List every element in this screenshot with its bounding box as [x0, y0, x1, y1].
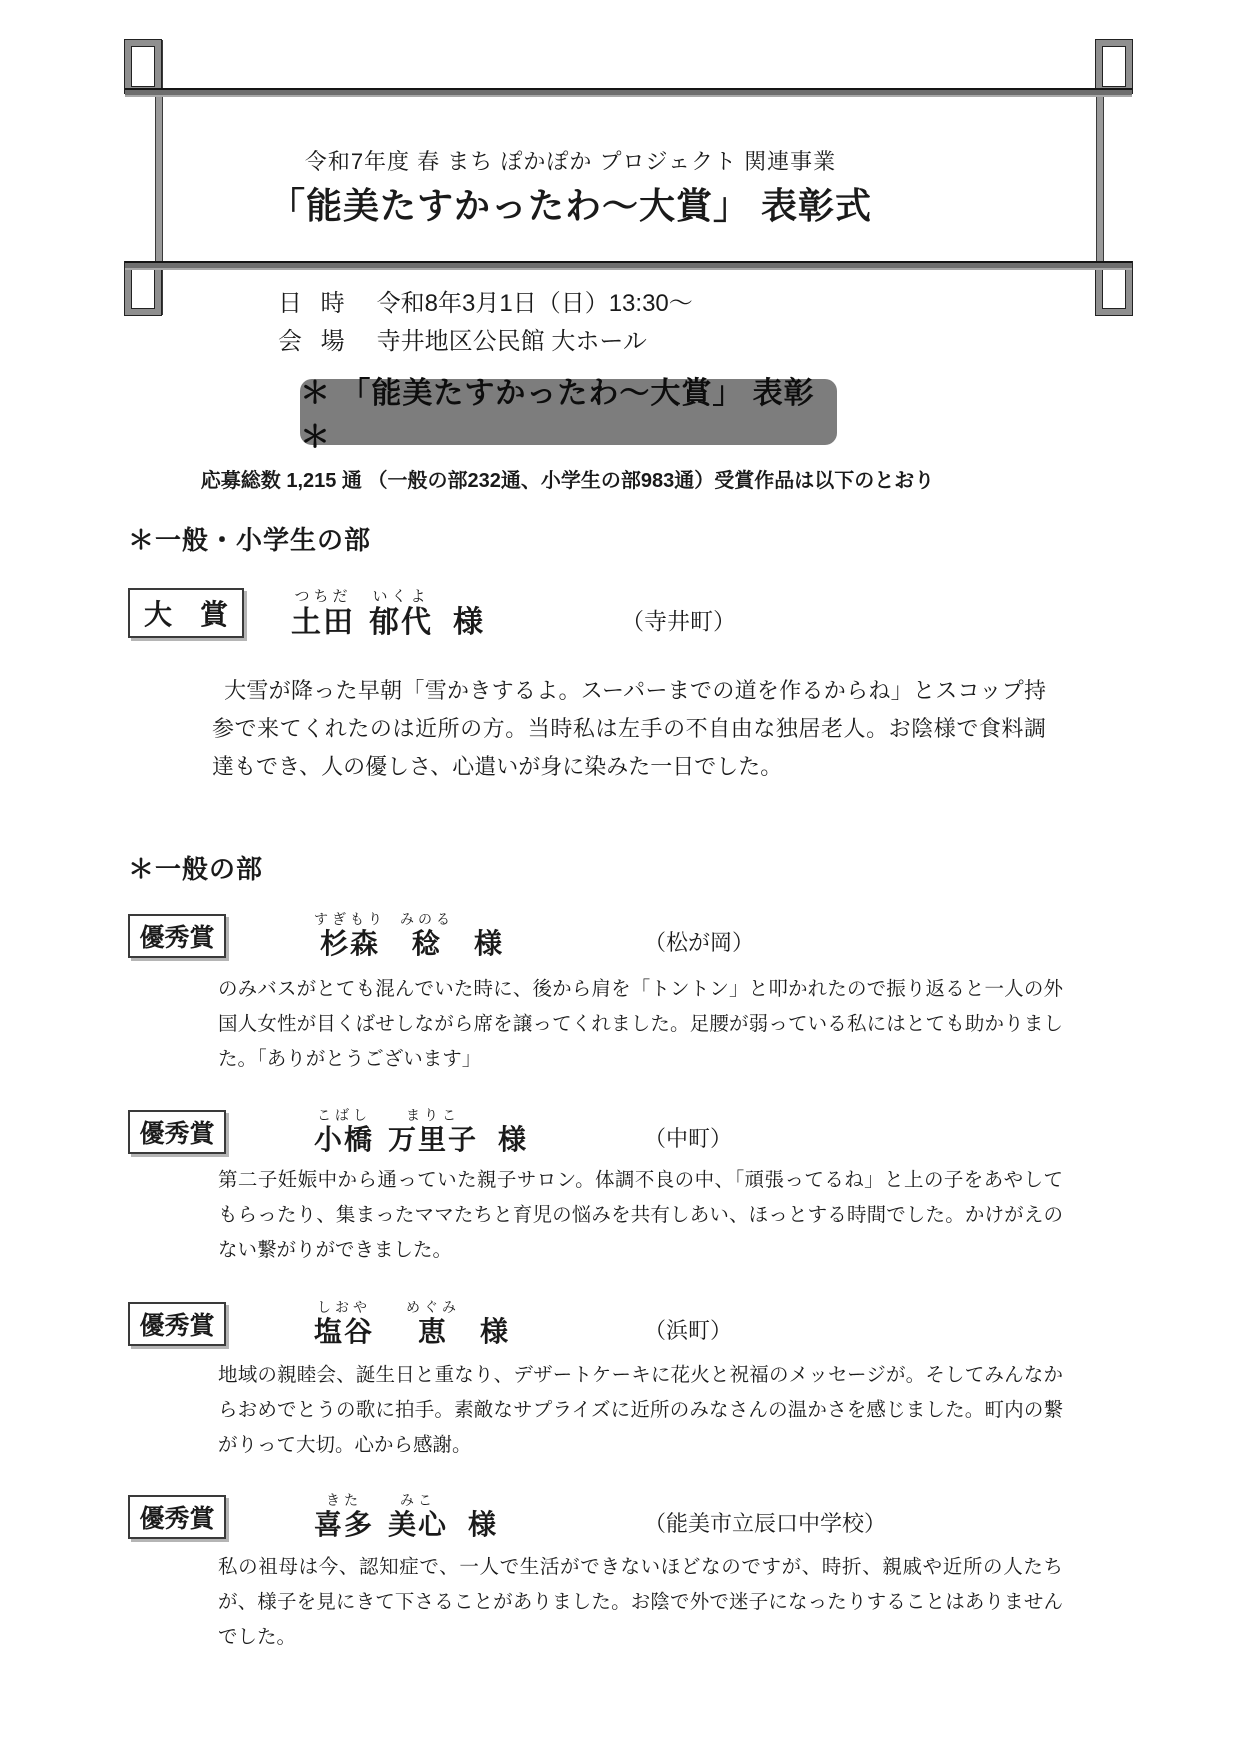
entry-summary: 応募総数 1,215 通 （一般の部232通、小学生の部983通）受賞作品は以下…	[0, 464, 1135, 493]
award-label-box: 優秀賞	[128, 1495, 226, 1539]
furigana-family: こばし	[317, 1108, 371, 1122]
frame-top-bar	[125, 88, 1132, 97]
name-given: いくよ 郁代	[369, 589, 433, 638]
venue-row: 会 場 寺井地区公民館 大ホール	[278, 321, 647, 356]
award-row-excellence-2: 優秀賞 こばし 小橋 まりこ 万里子 様 （中町）	[128, 1108, 732, 1154]
furigana-given: まりこ	[406, 1108, 460, 1122]
honorific: 様	[498, 1126, 526, 1154]
name-given: めぐみ 恵	[406, 1300, 460, 1346]
award-row-grand-prize: 大 賞 つちだ 土田 いくよ 郁代 様 （寺井町）	[128, 588, 736, 638]
affiliation: （松が岡）	[644, 930, 754, 956]
award-description: 私の祖母は今、認知症で、一人で生活ができないほどなのですが、時折、親戚や近所の人…	[218, 1550, 1063, 1655]
name-given: みのる 稔	[400, 912, 454, 958]
recipient-name: しおや 塩谷 めぐみ 恵 様	[314, 1300, 644, 1346]
section-heading-general-elementary: ＊一般・小学生の部	[128, 520, 371, 557]
recipient-name: きた 喜多 みこ 美心 様	[314, 1493, 644, 1539]
name-family: きた 喜多	[314, 1493, 374, 1539]
recipient-name: すぎもり 杉森 みのる 稔 様	[314, 912, 644, 958]
frame-corner-tab-top-right	[1096, 40, 1132, 93]
furigana-given: めぐみ	[406, 1300, 460, 1314]
venue-value: 寺井地区公民館 大ホール	[377, 321, 647, 356]
honorific: 様	[474, 930, 502, 958]
furigana-given: いくよ	[372, 589, 429, 604]
furigana-family: しおや	[317, 1300, 371, 1314]
award-row-excellence-4: 優秀賞 きた 喜多 みこ 美心 様 （能美市立辰口中学校）	[128, 1493, 886, 1539]
recipient-name: つちだ 土田 いくよ 郁代 様	[291, 589, 621, 638]
recipient-name: こばし 小橋 まりこ 万里子 様	[314, 1108, 644, 1154]
frame-bottom-bar	[125, 261, 1132, 270]
award-description: のみバスがとても混んでいた時に、後から肩を「トントン」と叩かれたので振り返ると一…	[218, 972, 1063, 1077]
affiliation: （能美市立辰口中学校）	[644, 1511, 886, 1537]
frame-corner-tab-top-left	[125, 40, 161, 93]
furigana-given: みこ	[400, 1493, 436, 1507]
venue-label: 会 場	[278, 321, 351, 356]
award-row-excellence-3: 優秀賞 しおや 塩谷 めぐみ 恵 様 （浜町）	[128, 1300, 732, 1346]
datetime-row: 日 時 令和8年3月1日（日）13:30～	[278, 283, 693, 318]
affiliation: （浜町）	[644, 1318, 732, 1344]
name-given: まりこ 万里子	[388, 1108, 478, 1154]
name-family: すぎもり 杉森	[314, 912, 386, 958]
honorific: 様	[468, 1511, 496, 1539]
furigana-family: つちだ	[294, 589, 351, 604]
award-label-box: 大 賞	[128, 588, 244, 638]
honorific: 様	[453, 608, 483, 638]
award-label-box: 優秀賞	[128, 914, 226, 958]
award-description: 大雪が降った早朝「雪かきするよ。スーパーまでの道を作るからね」とスコップ持参で来…	[212, 672, 1046, 786]
award-description: 地域の親睦会、誕生日と重なり、デザートケーキに花火と祝福のメッセージが。そしてみ…	[218, 1358, 1063, 1463]
award-row-excellence-1: 優秀賞 すぎもり 杉森 みのる 稔 様 （松が岡）	[128, 912, 754, 958]
datetime-label: 日 時	[278, 283, 351, 318]
affiliation: （中町）	[644, 1126, 732, 1152]
furigana-family: きた	[326, 1493, 362, 1507]
award-label-box: 優秀賞	[128, 1302, 226, 1346]
honorific: 様	[480, 1318, 508, 1346]
name-family: つちだ 土田	[291, 589, 355, 638]
datetime-value: 令和8年3月1日（日）13:30～	[377, 283, 693, 318]
page-title: 「能美たすかったわ～大賞」 表彰式	[128, 178, 1013, 229]
furigana-family: すぎもり	[314, 912, 386, 926]
name-given: みこ 美心	[388, 1493, 448, 1539]
affiliation: （寺井町）	[621, 608, 736, 636]
project-line: 令和7年度 春 まち ぽかぽか プロジェクト 関連事業	[128, 145, 1013, 176]
section-heading-general: ＊一般の部	[128, 849, 263, 886]
award-description: 第二子妊娠中から通っていた親子サロン。体調不良の中、「頑張ってるね」と上の子をあ…	[218, 1163, 1063, 1268]
document-page: 令和7年度 春 まち ぽかぽか プロジェクト 関連事業 「能美たすかったわ～大賞…	[0, 0, 1241, 1755]
award-label-box: 優秀賞	[128, 1110, 226, 1154]
name-family: こばし 小橋	[314, 1108, 374, 1154]
award-banner: ＊ 「能美たすかったわ～大賞」 表彰 ＊	[300, 379, 837, 445]
name-family: しおや 塩谷	[314, 1300, 374, 1346]
furigana-given: みのる	[400, 912, 454, 926]
